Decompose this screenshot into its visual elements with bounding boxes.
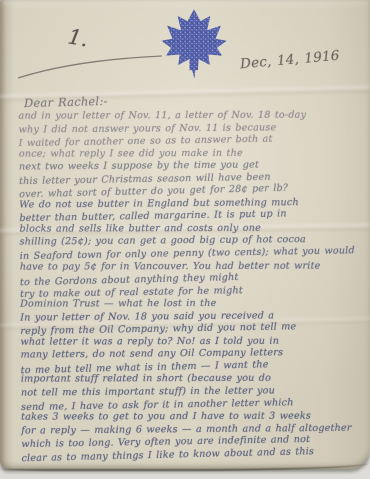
salutation: Dear Rachel:-: [24, 94, 108, 110]
letter-page: 1. Dec, 14, 1916 Dear Rachel:- and in yo…: [0, 0, 370, 469]
page-number-annotation: 1.: [66, 24, 90, 51]
maple-leaf-stamp-icon: [160, 8, 228, 80]
pencil-stroke: [14, 44, 164, 84]
letter-body: and in your letter of Nov. 11, a letter …: [18, 108, 369, 462]
letter-date: Dec, 14, 1916: [239, 48, 340, 73]
scanned-letter: 1. Dec, 14, 1916 Dear Rachel:- and in yo…: [0, 0, 370, 479]
